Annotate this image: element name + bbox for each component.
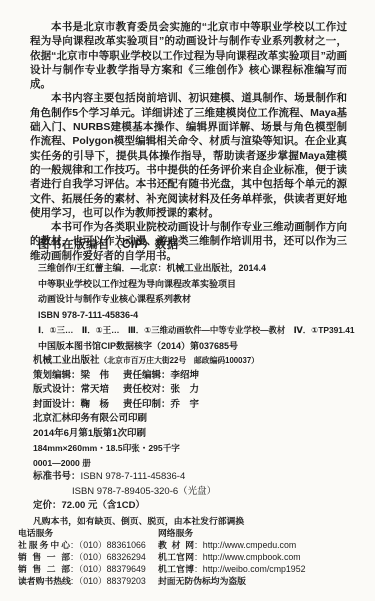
cip-line-classification: Ⅰ．①三… Ⅱ．①王… Ⅲ．①三维动画软件—中等专业学校—教材 Ⅳ．①TP391… — [38, 323, 361, 339]
isbn-book-number: ISBN 978-7-111-45836-4 — [81, 471, 186, 482]
service-block: 凡购本书，如有缺页、倒页、脱页，由本社发行部调换 电话服务 社服务中心：（010… — [33, 516, 369, 587]
phone-service-row: 读者购书热线：（010）88379203 — [18, 576, 158, 588]
phone-service-title: 电话服务 — [18, 528, 158, 540]
staff-row: 策划编辑：梁 伟 责任编辑：李绍坤 — [33, 369, 365, 384]
phone-service-row: 销售二部：（010）88379649 — [18, 564, 158, 576]
staff-layout-designer: 版式设计：常天培 — [33, 383, 123, 398]
phone-service-row: 社服务中心：（010）88361066 — [18, 540, 158, 552]
publishing-block: 机械工业出版社（北京市百万庄大街22号 邮政编码100037） 策划编辑：梁 伟… — [33, 354, 365, 514]
network-service-row: 教材网：http://www.cmpedu.com — [158, 540, 305, 552]
cip-title: 图书在版编目（CIP）数据 — [38, 236, 361, 252]
isbn-cd-line: ISBN 978-7-89405-320-6（光盘） — [33, 485, 365, 500]
service-columns: 电话服务 社服务中心：（010）88361066 销售一部：（010）68326… — [18, 528, 369, 588]
publisher-line: 机械工业出版社（北京市百万庄大街22号 邮政编码100037） — [33, 354, 365, 369]
network-service-row: 机工官博：http://weibo.com/cmp1952 — [158, 564, 305, 576]
cmpbook-url: ：http://www.cmpbook.com — [194, 552, 301, 562]
cip-block: 图书在版编目（CIP）数据 三维创作/王红蕾主编．—北京：机械工业出版社，201… — [38, 236, 361, 355]
phone-service-row: 销售一部：（010）68326294 — [18, 552, 158, 564]
isbn-label: 标准书号： — [33, 471, 81, 482]
book-intro: 本书是北京市教育委员会实施的“北京市中等职业学校以工作过程为导向课程改革实验项目… — [30, 20, 347, 263]
cip-line-project: 中等职业学校以工作过程为导向课程改革实验项目 — [38, 277, 361, 293]
phone-service-column: 电话服务 社服务中心：（010）88361066 销售一部：（010）68326… — [18, 528, 158, 588]
replacement-notice: 凡购本书，如有缺页、倒页、脱页，由本社发行部调换 — [33, 516, 369, 528]
format-line: 184mm×260mm・18.5印张・295千字 — [33, 441, 365, 456]
cip-line-title-author: 三维创作/王红蕾主编．—北京：机械工业出版社，2014.4 — [38, 261, 361, 277]
cip-line-series: 动画设计与制作专业核心课程系列教材 — [38, 292, 361, 308]
price-value: 72.00 元（含1CD） — [62, 500, 145, 511]
price-label: 定价： — [33, 500, 62, 511]
print-run-line: 0001—2000 册 — [33, 456, 365, 471]
cip-line-registry-number: 中国版本图书馆CIP数据核字（2014）第037685号 — [38, 339, 361, 355]
publisher-address: （北京市百万庄大街22号 邮政编码100037） — [100, 356, 259, 365]
staff-planning-editor: 策划编辑：梁 伟 — [33, 369, 123, 384]
isbn-book-line: 标准书号：ISBN 978-7-111-45836-4 — [33, 470, 365, 485]
price-line: 定价：72.00 元（含1CD） — [33, 499, 365, 514]
network-service-title: 网络服务 — [158, 528, 305, 540]
publisher-name: 机械工业出版社 — [33, 355, 100, 366]
anti-piracy-warning: 封面无防伪标均为盗版 — [158, 576, 305, 588]
cmpedu-url: ：http://www.cmpedu.com — [194, 540, 296, 550]
staff-cover-designer: 封面设计：鞠 杨 — [33, 398, 123, 413]
staff-proofreader: 责任校对：张 力 — [123, 383, 199, 398]
copyright-page: 本书是北京市教育委员会实施的“北京市中等职业学校以工作过程为导向课程改革实验项目… — [0, 0, 375, 601]
staff-row: 版式设计：常天培 责任校对：张 力 — [33, 383, 365, 398]
cip-line-isbn: ISBN 978-7-111-45836-4 — [38, 308, 361, 324]
network-service-column: 网络服务 教材网：http://www.cmpedu.com 机工官网：http… — [158, 528, 305, 588]
printer-line: 北京汇林印务有限公司印刷 — [33, 412, 365, 427]
weibo-url: ：http://weibo.com/cmp1952 — [194, 564, 305, 574]
staff-row: 封面设计：鞠 杨 责任印制：乔 宇 — [33, 398, 365, 413]
intro-paragraph-1: 本书是北京市教育委员会实施的“北京市中等职业学校以工作过程为导向课程改革实验项目… — [30, 20, 347, 91]
network-service-row: 机工官网：http://www.cmpbook.com — [158, 552, 305, 564]
staff-responsible-editor: 责任编辑：李绍坤 — [123, 369, 199, 384]
staff-print-supervisor: 责任印制：乔 宇 — [123, 398, 199, 413]
intro-paragraph-2: 本书内容主要包括岗前培训、初识建模、道具制作、场景制作和角色制作5个学习单元。详… — [30, 91, 347, 220]
edition-line: 2014年6月第1版第1次印刷 — [33, 427, 365, 442]
